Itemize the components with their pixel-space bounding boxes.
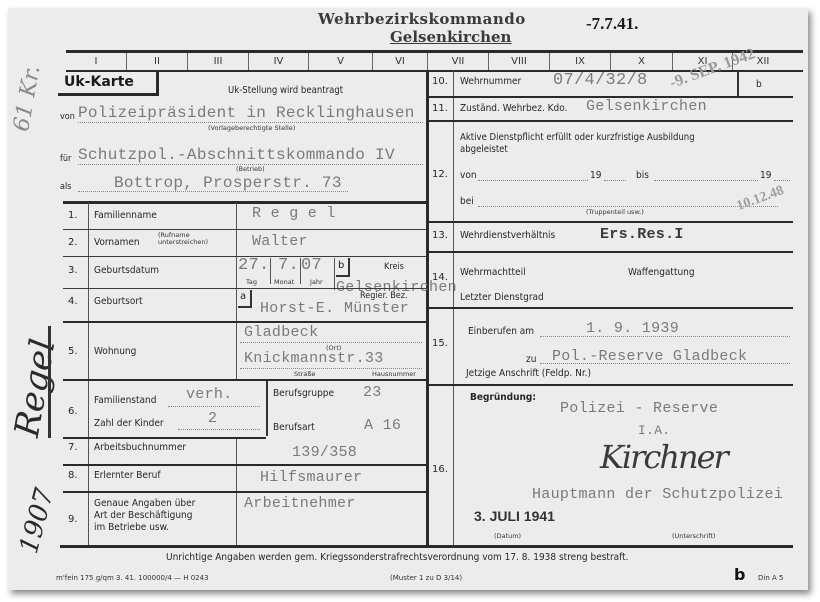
begruendung-line3: Hauptmann der Schutzpolizei — [532, 486, 783, 503]
officer-signature: Kirchner — [600, 438, 727, 476]
bei-caption: (Truppenteil usw.) — [586, 208, 644, 216]
print-code: m'fein 175 g/qm 3. 41. 100000/4 — H 0243 — [56, 574, 209, 582]
begruendung-line1: Polizei - Reserve — [560, 400, 718, 417]
day-caption: Tag — [246, 278, 257, 286]
margin-signature: Regel — [7, 336, 63, 440]
von-caption: (Vorlageberechtigte Stelle) — [208, 124, 295, 132]
familienstand-value: verh. — [186, 386, 233, 403]
field-11-number: 11. — [432, 103, 448, 114]
field-1-value: R e g e l — [252, 205, 336, 222]
year1-prefix: 19 — [590, 170, 601, 181]
box-a: a — [238, 290, 252, 308]
birth-month: 7. — [278, 256, 299, 275]
hausnummer-caption: Hausnummer — [372, 370, 416, 378]
datum-caption: (Datum) — [494, 532, 521, 540]
field-5-label: Wohnung — [94, 346, 136, 357]
column-x: X — [611, 53, 673, 70]
field-16-number: 16. — [432, 464, 448, 475]
kinder-label: Zahl der Kinder — [94, 418, 164, 429]
zu-label: zu — [526, 354, 536, 365]
bei-label: bei — [460, 196, 474, 207]
column-iv: IV — [249, 53, 309, 70]
familienstand-label: Familienstand — [94, 395, 156, 406]
field-14-number: 14. — [432, 272, 448, 283]
einberufen-value: 1. 9. 1939 — [586, 320, 679, 337]
field-15-number: 15. — [432, 338, 448, 349]
form-variant: b — [734, 565, 745, 584]
von-label: von — [60, 112, 75, 122]
begruendung-label: Begründung: — [470, 392, 536, 403]
fuer-caption: (Betrieb) — [236, 165, 265, 173]
street-value: Knickmannstr.33 — [244, 350, 384, 367]
field-5-number: 5. — [68, 346, 78, 357]
column-v: V — [309, 53, 373, 70]
office-stamp: Wehrbezirkskommando Gelsenkirchen — [318, 10, 526, 46]
column-ix: IX — [550, 53, 611, 70]
berufsgruppe-value: 23 — [363, 384, 382, 401]
field-2-note: (Rufname unterstreichen) — [158, 232, 202, 246]
waffengattung-label: Waffengattung — [628, 267, 695, 278]
birthplace-value: Horst-E. — [260, 300, 334, 317]
von-label-12: von — [460, 170, 477, 181]
kinder-value: 2 — [208, 410, 217, 427]
dienstgrad-label: Letzter Dienstgrad — [460, 292, 544, 303]
muster-reference: (Muster 1 zu D 3/14) — [390, 574, 462, 582]
berufsgruppe-label: Berufsgruppe — [273, 388, 334, 399]
field-9-label-line1: Genaue Angaben über — [94, 498, 195, 509]
footer-warning: Unrichtige Angaben werden gem. Kriegsson… — [166, 552, 629, 563]
field-9-label-line2: Art der Beschäftigung — [94, 510, 192, 521]
zu-value: Pol.-Reserve Gladbeck — [552, 348, 747, 365]
column-i: I — [66, 53, 127, 70]
field-12-label-line2: abgeleistet — [460, 144, 508, 155]
field-11-value: Gelsenkirchen — [586, 98, 707, 115]
field-8-number: 8. — [68, 470, 78, 481]
field-13-value: Ers.Res.I — [600, 226, 684, 243]
fuer-value: Schutzpol.-Abschnittskommando IV — [78, 146, 395, 164]
field-1-number: 1. — [68, 210, 78, 221]
office-stamp-line2: Gelsenkirchen — [390, 28, 526, 46]
field-9-value: Arbeitnehmer — [244, 495, 356, 512]
begruendung-line2: I.A. — [638, 423, 670, 438]
berufsart-label: Berufsart — [273, 422, 315, 433]
field-4-label: Geburtsort — [94, 296, 143, 307]
column-viii: VIII — [489, 53, 550, 70]
bis-label: bis — [636, 170, 649, 181]
field-12-label-line1: Aktive Dienstpflicht erfüllt oder kurzfr… — [460, 132, 695, 143]
field-3-number: 3. — [68, 265, 78, 276]
card-title: Uk-Karte — [64, 74, 134, 90]
als-label: als — [60, 182, 71, 192]
field-7-label: Arbeitsbuchnummer — [94, 442, 186, 453]
field-10-box: b — [756, 79, 762, 90]
field-10-label: Wehrnummer — [460, 76, 521, 87]
field-10-number: 10. — [432, 76, 448, 87]
field-7-number: 7. — [68, 442, 78, 453]
field-6-number: 6. — [68, 406, 78, 417]
als-value: Bottrop, Prosperstr. 73 — [114, 174, 342, 192]
header-stamp-date: -7.7.41. — [586, 14, 638, 34]
din-format: Din A 5 — [758, 574, 783, 582]
uk-karte-document: Wehrbezirkskommando Gelsenkirchen -7.7.4… — [8, 8, 808, 590]
wehrmachtteil-label: Wehrmachtteil — [460, 267, 526, 278]
column-ii: II — [127, 53, 188, 70]
field-7-value: 139/358 — [292, 444, 357, 461]
regbez-value: Münster — [344, 300, 409, 317]
field-10-value: 07/4/32/8 — [553, 71, 648, 90]
column-vi: VI — [373, 53, 428, 70]
von-value: Polizeipräsident in Recklinghausen — [78, 104, 415, 122]
column-iii: III — [188, 53, 249, 70]
card-subtitle: Uk-Stellung wird beantragt — [228, 85, 343, 96]
month-caption: Monat — [274, 278, 294, 286]
birth-day: 27. — [238, 256, 270, 275]
field-4-number: 4. — [68, 296, 78, 307]
field-13-number: 13. — [432, 230, 448, 241]
margin-note-top: 61 Kr. — [9, 64, 45, 134]
field-13-label: Wehrdienstverhältnis — [460, 230, 555, 241]
field-8-value: Hilfsmaurer — [260, 469, 362, 486]
field-1-label: Familienname — [94, 210, 157, 221]
field-2-value: Walter — [252, 233, 308, 250]
margin-year-note: 1907 — [14, 485, 60, 557]
field-2-number: 2. — [68, 237, 78, 248]
street-caption: Straße — [294, 370, 315, 378]
field-8-label: Erlernter Beruf — [94, 470, 161, 481]
einberufen-label: Einberufen am — [468, 326, 534, 337]
field-12-number: 12. — [432, 169, 448, 180]
card-title-box: Uk-Karte — [58, 71, 159, 96]
field-9-label-line3: im Betriebe usw. — [94, 522, 169, 533]
year2-prefix: 19 — [760, 170, 771, 181]
unterschrift-caption: (Unterschrift) — [672, 532, 715, 540]
birth-year: 07 — [301, 256, 322, 275]
field-2-label: Vornamen — [94, 237, 140, 248]
column-vii: VII — [428, 53, 489, 70]
office-stamp-line1: Wehrbezirkskommando — [318, 10, 526, 28]
fuer-label: für — [60, 154, 71, 164]
kreis-label: Kreis — [384, 262, 404, 272]
year-caption: Jahr — [310, 278, 323, 286]
anschrift-label: Jetzige Anschrift (Feldp. Nr.) — [466, 368, 591, 379]
field-11-label: Zuständ. Wehrbez. Kdo. — [460, 103, 567, 114]
field-3-label: Geburtsdatum — [94, 265, 159, 276]
received-stamp-1948: 10.12.48 — [735, 183, 787, 215]
ort-value: Gladbeck — [244, 324, 318, 341]
box-b: b — [336, 258, 350, 277]
field-9-number: 9. — [68, 514, 78, 525]
berufsart-value: A 16 — [364, 417, 401, 434]
date-stamp: 3. JULI 1941 — [474, 508, 555, 524]
